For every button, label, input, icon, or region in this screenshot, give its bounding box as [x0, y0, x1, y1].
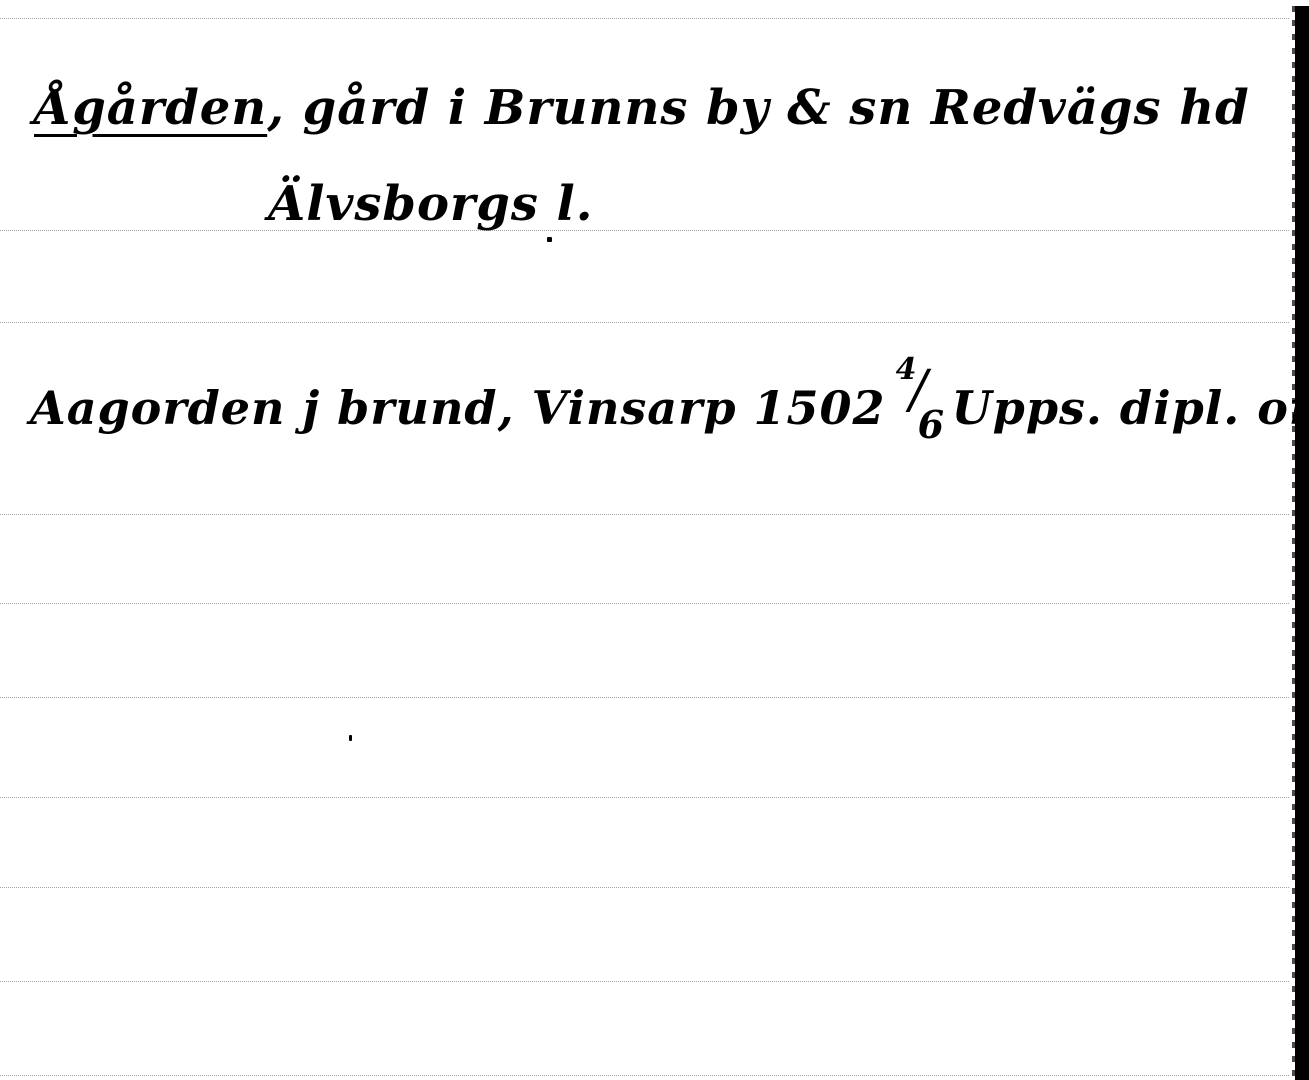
entry-1-line-1: Ågården, gård i Brunns by & sn Redvägs h… [34, 80, 1250, 136]
ruled-line [0, 981, 1289, 982]
ruled-line [0, 697, 1289, 698]
ruled-line [0, 514, 1289, 515]
ruled-line [0, 18, 1289, 19]
entry-1-description: , gård i Brunns by & sn Redvägs hd [267, 80, 1249, 136]
ruled-line [0, 887, 1289, 888]
date-month: 6 [918, 402, 945, 447]
entry-1-line-2: Älvsborgs l. [268, 176, 594, 232]
ruled-line [0, 322, 1289, 323]
entry-2-text: Aagorden j brund, Vinsarp 1502 [30, 381, 886, 435]
ink-speck [547, 237, 552, 242]
ruled-line [0, 603, 1289, 604]
index-card: Ågården, gård i Brunns by & sn Redvägs h… [0, 0, 1309, 1080]
ruled-line [0, 797, 1289, 798]
county-name: Älvsborgs l. [268, 176, 594, 232]
ruled-line [0, 230, 1289, 231]
entry-2-line: Aagorden j brund, Vinsarp 15024/6Upps. d… [30, 372, 1309, 435]
card-edge-shadow [1295, 6, 1309, 1080]
ruled-line [0, 1075, 1289, 1076]
ink-speck [349, 735, 352, 741]
headword: Ågården [34, 80, 267, 136]
date-fraction: 4/6 [896, 372, 942, 432]
source-reference: Upps. dipl. orig. [952, 381, 1309, 435]
